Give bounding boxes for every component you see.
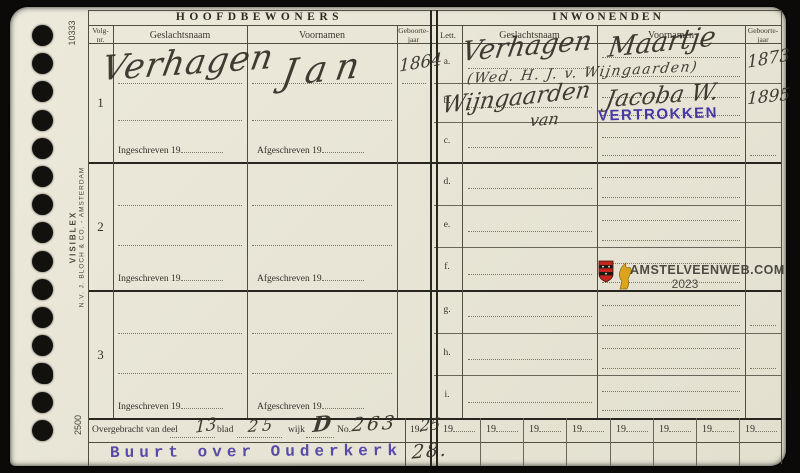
- blank-line: [669, 422, 691, 432]
- transfer-label: Overgebracht van deel: [92, 425, 178, 435]
- section-title-inwonenden: INWONENDEN: [434, 11, 782, 23]
- punch-hole: [32, 279, 53, 300]
- entry-line: [602, 391, 740, 392]
- rule: [397, 25, 398, 418]
- entry-line: [252, 245, 392, 246]
- rule: [566, 418, 567, 466]
- punch-hole: [32, 307, 53, 328]
- entry-line: [252, 205, 392, 206]
- rule: [434, 205, 782, 206]
- blank-line: [170, 437, 215, 438]
- rule: [739, 418, 740, 466]
- rule: [745, 25, 746, 418]
- blank-line: [322, 399, 364, 409]
- blank-line: [539, 422, 561, 432]
- transfer-wijk-value: D: [312, 410, 333, 437]
- punch-hole: [32, 53, 53, 74]
- entry-line: [602, 325, 740, 326]
- entry-line: [252, 373, 392, 374]
- rule: [405, 418, 406, 466]
- rule: [597, 25, 598, 418]
- population-register-card: 10333 VISIBLEX N.V. J. BLOCH & CO. - AMS…: [10, 7, 786, 466]
- handwritten-birthyear-a: 1873: [747, 45, 790, 73]
- punch-hole: [32, 222, 53, 243]
- rule: [88, 10, 89, 466]
- year-cell: 19: [486, 422, 518, 435]
- year-cell: 19: [659, 422, 691, 435]
- blank-line: [453, 422, 475, 432]
- rule: [610, 418, 611, 466]
- entry-line: [602, 240, 740, 241]
- rule: [696, 418, 697, 466]
- row-letter: i.: [434, 390, 460, 400]
- vertrokken-stamp: VERTROKKEN: [598, 104, 718, 124]
- column-header-lett: Lett.: [434, 30, 462, 40]
- blank-line: [181, 399, 223, 409]
- punch-hole: [32, 392, 53, 413]
- entry-line: [118, 373, 242, 374]
- ingeschreven-label: Ingeschreven 19: [118, 143, 223, 156]
- entry-line: [118, 205, 242, 206]
- page-number-handwritten: 28.: [411, 438, 449, 463]
- entry-line: [602, 410, 740, 411]
- punch-hole: [32, 110, 53, 131]
- row-letter: h.: [434, 348, 460, 358]
- rule: [434, 247, 782, 248]
- punch-hole: [32, 251, 53, 272]
- blank-line: [626, 422, 648, 432]
- entry-line: [602, 155, 740, 156]
- blank-line: [322, 143, 364, 153]
- entry-line: [468, 316, 592, 317]
- entry-line: [118, 120, 242, 121]
- scan-background: 10333 VISIBLEX N.V. J. BLOCH & CO. - AMS…: [0, 0, 800, 473]
- entry-line: [468, 188, 592, 189]
- handwritten-surname-main: Verhagen: [99, 37, 278, 90]
- transfer-blad-value: 25: [247, 415, 277, 436]
- handwritten-surname-prefix-b: van: [529, 109, 561, 130]
- entry-line: [402, 83, 426, 84]
- rule: [247, 25, 248, 418]
- watermark-coat-of-arms: [598, 259, 634, 291]
- blank-line: [237, 437, 282, 438]
- entry-line: [750, 325, 776, 326]
- rule: [523, 418, 524, 466]
- year-cell: 19: [702, 422, 734, 435]
- blad-label: blad: [217, 425, 233, 435]
- rule: [781, 10, 782, 464]
- no-label: No.: [337, 425, 351, 435]
- entry-line: [118, 333, 242, 334]
- watermark-year: 2023: [630, 277, 740, 291]
- handwritten-firstname-main: Jan: [279, 44, 372, 95]
- entry-line: [468, 231, 592, 232]
- afgeschreven-label: Afgeschreven 19: [257, 399, 364, 412]
- blank-line: [322, 271, 364, 281]
- row-letter: e.: [434, 220, 460, 230]
- row-letter: c.: [434, 136, 460, 146]
- entry-line: [602, 197, 740, 198]
- entry-line: [602, 305, 740, 306]
- ingeschreven-label: Ingeschreven 19: [118, 271, 223, 284]
- entry-line: [468, 359, 592, 360]
- afgeschreven-label: Afgeschreven 19: [257, 271, 364, 284]
- column-header-volgnr: Volg- nr.: [88, 27, 113, 44]
- entry-line: [602, 348, 740, 349]
- row-letter: g.: [434, 305, 460, 315]
- rule: [480, 418, 481, 466]
- blank-line: [181, 143, 223, 153]
- punch-hole: [32, 335, 53, 356]
- section-title-hoofdbewoners: HOOFDBEWONERS: [88, 11, 431, 23]
- blank-line: [496, 422, 518, 432]
- entry-line: [602, 177, 740, 178]
- punch-hole: [32, 166, 53, 187]
- year-cell: 19: [443, 422, 475, 435]
- year-cell: 19: [745, 422, 777, 435]
- punch-hole: [32, 81, 53, 102]
- punch-hole: [32, 194, 53, 215]
- blank-line: [712, 422, 734, 432]
- column-header-birthyear-left: Geboorte- jaar: [396, 27, 431, 44]
- punch-hole: [32, 138, 53, 159]
- block-number: 2: [88, 219, 113, 235]
- blank-line: [755, 422, 777, 432]
- entry-line: [468, 402, 592, 403]
- entry-line: [118, 245, 242, 246]
- row-letter: d.: [434, 177, 460, 187]
- ingeschreven-label: Ingeschreven 19: [118, 399, 223, 412]
- entry-line: [750, 368, 776, 369]
- blank-line: [582, 422, 604, 432]
- entry-line: [602, 137, 740, 138]
- punch-hole: [32, 420, 53, 441]
- afgeschreven-label: Afgeschreven 19: [257, 143, 364, 156]
- entry-line: [252, 333, 392, 334]
- wijk-label: wijk: [288, 425, 305, 435]
- entry-line: [468, 147, 592, 148]
- block-number: 3: [88, 347, 113, 363]
- punch-hole: [32, 25, 53, 46]
- rule: [434, 333, 782, 334]
- blank-line: [181, 271, 223, 281]
- block-number: 1: [88, 95, 113, 111]
- entry-line: [252, 120, 392, 121]
- rule: [462, 25, 463, 418]
- entry-line: [602, 368, 740, 369]
- entry-line: [602, 220, 740, 221]
- watermark-site: AMSTELVEENWEB.COM: [630, 263, 785, 277]
- entry-line: [750, 155, 776, 156]
- handwritten-birthyear-b: 1895: [747, 85, 791, 110]
- column-header-birthyear-right: Geboorte- jaar: [744, 27, 782, 44]
- year-cell: 19: [616, 422, 648, 435]
- transfer-deel-value: 13: [195, 414, 217, 437]
- blank-line: [306, 437, 334, 438]
- year-cell: 19: [529, 422, 561, 435]
- transfer-year-value: 25: [419, 414, 441, 435]
- rule: [653, 418, 654, 466]
- entry-line: [468, 274, 592, 275]
- rule: [434, 375, 782, 376]
- transfer-no-value: 263: [351, 412, 399, 437]
- buurt-stamp: Buurt over Ouderkerk: [110, 442, 402, 462]
- year-cell: 19: [572, 422, 604, 435]
- row-letter: f.: [434, 262, 460, 272]
- punch-hole-torn: [32, 363, 53, 384]
